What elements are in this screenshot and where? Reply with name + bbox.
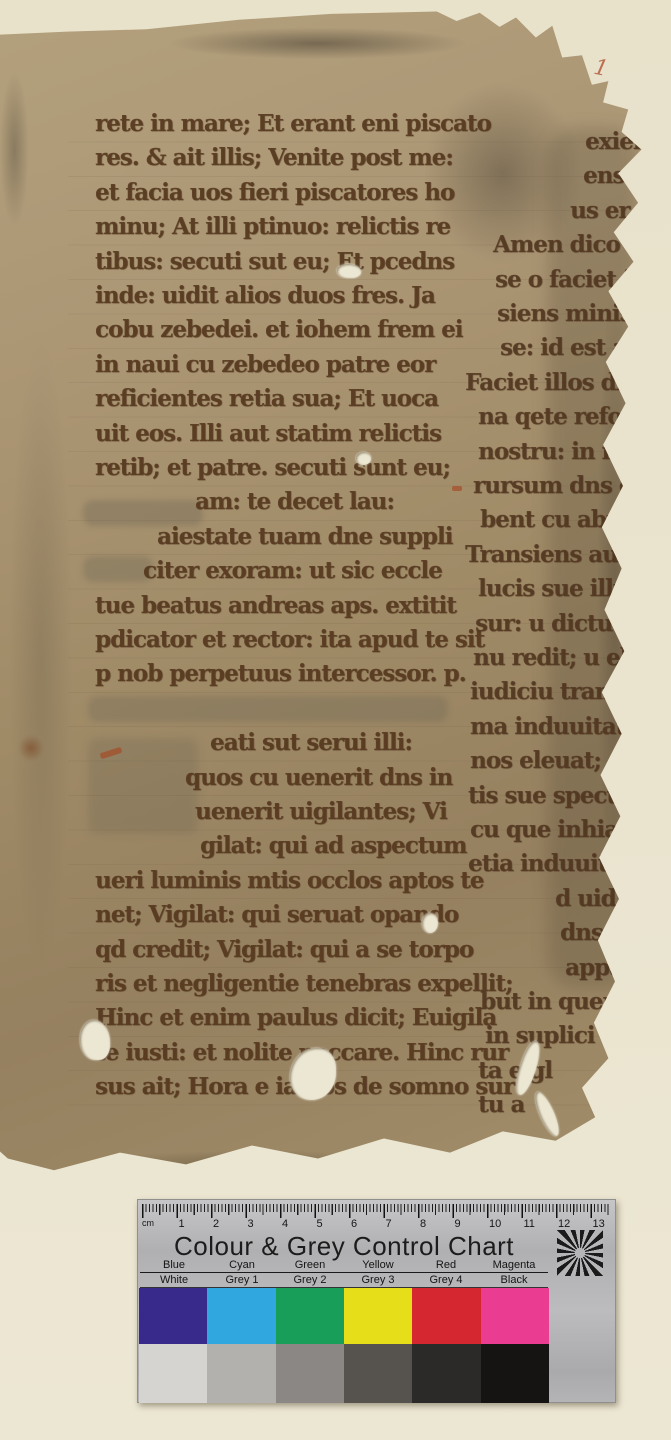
text-column-left: rete in mare; Et erant eni piscatores. &… [95,110,465,1110]
manuscript-leaf: rete in mare; Et erant eni piscatores. &… [0,8,648,1188]
manuscript-line: tibus: secuti sut eu; Et pcedns [95,248,454,275]
manuscript-line: res. & ait illis; Venite post me: [95,144,453,171]
chart-title: Colour & Grey Control Chart [138,1231,550,1262]
manuscript-line: se: id est ad rett [500,334,671,361]
manuscript-line: uit eos. Illi aut statim relictis [95,420,441,447]
ruler-number: 1 [179,1218,185,1230]
manuscript-line: qd credit; Vigilat: qui a se torpo [95,936,473,963]
manuscript-line: Amen dico a [493,231,641,258]
ruler-number: 12 [558,1218,570,1230]
swatch-label: Grey 4 [412,1274,480,1286]
swatch-label: Red [412,1259,480,1271]
manuscript-line: citer exoram: ut sic eccle [143,557,442,584]
manuscript-line: exier [585,128,644,155]
swatch-label: Blue [140,1259,208,1271]
manuscript-line: na qete refoue [478,403,651,430]
manuscript-line: retib; et patre. secuti sunt eu; [95,454,450,481]
swatch-label: Black [480,1274,548,1286]
manuscript-line: minu; At illi ptinuo: relictis re [95,213,450,240]
ruler-number: 11 [524,1218,535,1230]
color-labels-row: BlueCyanGreenYellowRedMagenta [140,1259,548,1273]
ruler-number: 13 [593,1218,605,1230]
manuscript-line: se o faciet illos [495,266,671,293]
ruler-number: 2 [213,1218,219,1230]
manuscript-line: et facia uos fieri piscatores ho [95,179,454,206]
swatch [344,1288,412,1344]
manuscript-line: Faciet illos disce [465,369,662,396]
manuscript-line: ens. q [583,162,653,189]
manuscript-line: pdicator et rector: ita apud te sit [95,626,484,653]
swatch [481,1288,549,1344]
swatch [412,1288,480,1344]
manuscript-line: ueri luminis mtis occlos aptos te [95,867,483,894]
swatch-label: Cyan [208,1259,276,1271]
manuscript-line: lucis sue illustr [478,575,661,602]
manuscript-line: d uid [555,885,616,912]
manuscript-line: in naui cu zebedeo patre eor [95,351,435,378]
text-column-right: exierens. qus erAmen dico ase o faciet i… [465,128,665,1128]
manuscript-line: Transiens aut d [465,541,650,568]
ruler [142,1204,610,1212]
ruler-unit-label: cm [142,1218,154,1228]
stain [18,735,44,761]
manuscript-line: ris et negligentie tenebras expellit; [95,970,513,997]
parchment-hole [356,452,371,465]
manuscript-line: tu a [478,1091,524,1118]
manuscript-line: but in quem [480,988,626,1015]
manuscript-line: in suplici co [485,1022,629,1049]
ruler-number: 3 [248,1218,254,1230]
manuscript-line: rete in mare; Et erant eni piscato [95,110,491,137]
manuscript-line: nostru: in regni [478,438,665,465]
manuscript-line: ma induuitat [470,713,625,740]
parchment-hole [422,913,438,933]
swatch [344,1344,412,1403]
manuscript-line: us er [570,197,629,224]
swatch [207,1288,275,1344]
swatch-label: Yellow [344,1259,412,1271]
ruler-numbers: cm12345678910111213 [142,1218,612,1230]
ruler-cm-ticks [142,1204,610,1218]
swatch-label: Grey 3 [344,1274,412,1286]
manuscript-line: appare [565,954,648,981]
grey-labels-row: WhiteGrey 1Grey 2Grey 3Grey 4Black [140,1274,548,1288]
manuscript-line: rursum dns dic [473,472,655,499]
manuscript-line: reficientes retia sua; Et uoca [95,385,438,412]
swatch-label: Green [276,1259,344,1271]
manuscript-line: bent cu abraha [480,506,660,533]
ruler-number: 4 [282,1218,288,1230]
manuscript-line: tis sue spectatio [468,782,662,809]
manuscript-line: gilat: qui ad aspectum [200,832,466,859]
folio-number: 1 [592,55,611,82]
photo-backdrop: rete in mare; Et erant eni piscatores. &… [0,0,671,1440]
swatch-label: Magenta [480,1259,548,1271]
manuscript-line: nos eleuat; & ma [470,747,671,774]
control-chart: cm12345678910111213 Colour & Grey Contro… [137,1199,616,1403]
manuscript-line: iudiciu transit [470,678,639,705]
swatch-label: Grey 2 [276,1274,344,1286]
ruler-number: 8 [420,1218,426,1230]
manuscript-line: ta e gl [478,1057,552,1084]
parchment-hole [337,264,361,278]
manuscript-line: eati sut serui illi: [210,729,412,756]
swatch-label: Grey 1 [208,1274,276,1286]
swatch [207,1344,275,1403]
ruler-number: 9 [455,1218,461,1230]
manuscript-line: net; Vigilat: qui seruat opando [95,901,458,928]
swatch [276,1288,344,1344]
manuscript-line: am: te decet lau: [195,488,394,515]
ruler-number: 7 [386,1218,392,1230]
manuscript-line: quos cu uenerit dns in [185,764,452,791]
manuscript-line: inde: uidit alios duos fres. Ja [95,282,435,309]
ruler-number: 6 [351,1218,357,1230]
parchment-hole [80,1020,110,1060]
manuscript-line: dns. u [560,919,633,946]
manuscript-line: cobu zebedei. et iohem frem ei [95,316,462,343]
swatch-label: White [140,1274,208,1286]
manuscript-line: cu que inhiat [470,816,628,843]
swatch [139,1288,207,1344]
swatch [276,1344,344,1403]
grey-swatches-row [139,1344,549,1403]
manuscript-line: Hinc et enim paulus dicit; Euigila [95,1004,496,1031]
ruler-number: 5 [317,1218,323,1230]
swatch [412,1344,480,1403]
swatch [481,1344,549,1403]
manuscript-line: aiestate tuam dne suppli [157,523,452,550]
manuscript-line: etia induuita [468,850,621,877]
manuscript-line: tue beatus andreas aps. extitit [95,592,456,619]
swatch [139,1344,207,1403]
manuscript-line: uenerit uigilantes; Vi [195,798,447,825]
color-swatches-row [139,1288,549,1344]
siemens-star-icon [557,1230,603,1276]
manuscript-line: siens ministrab [497,300,671,327]
manuscript-line: sur: u dictu est [475,610,654,637]
manuscript-line: nu redit; u el ce [473,644,661,671]
ruler-number: 10 [489,1218,501,1230]
manuscript-line: p nob perpetuus intercessor. p. [95,660,466,687]
